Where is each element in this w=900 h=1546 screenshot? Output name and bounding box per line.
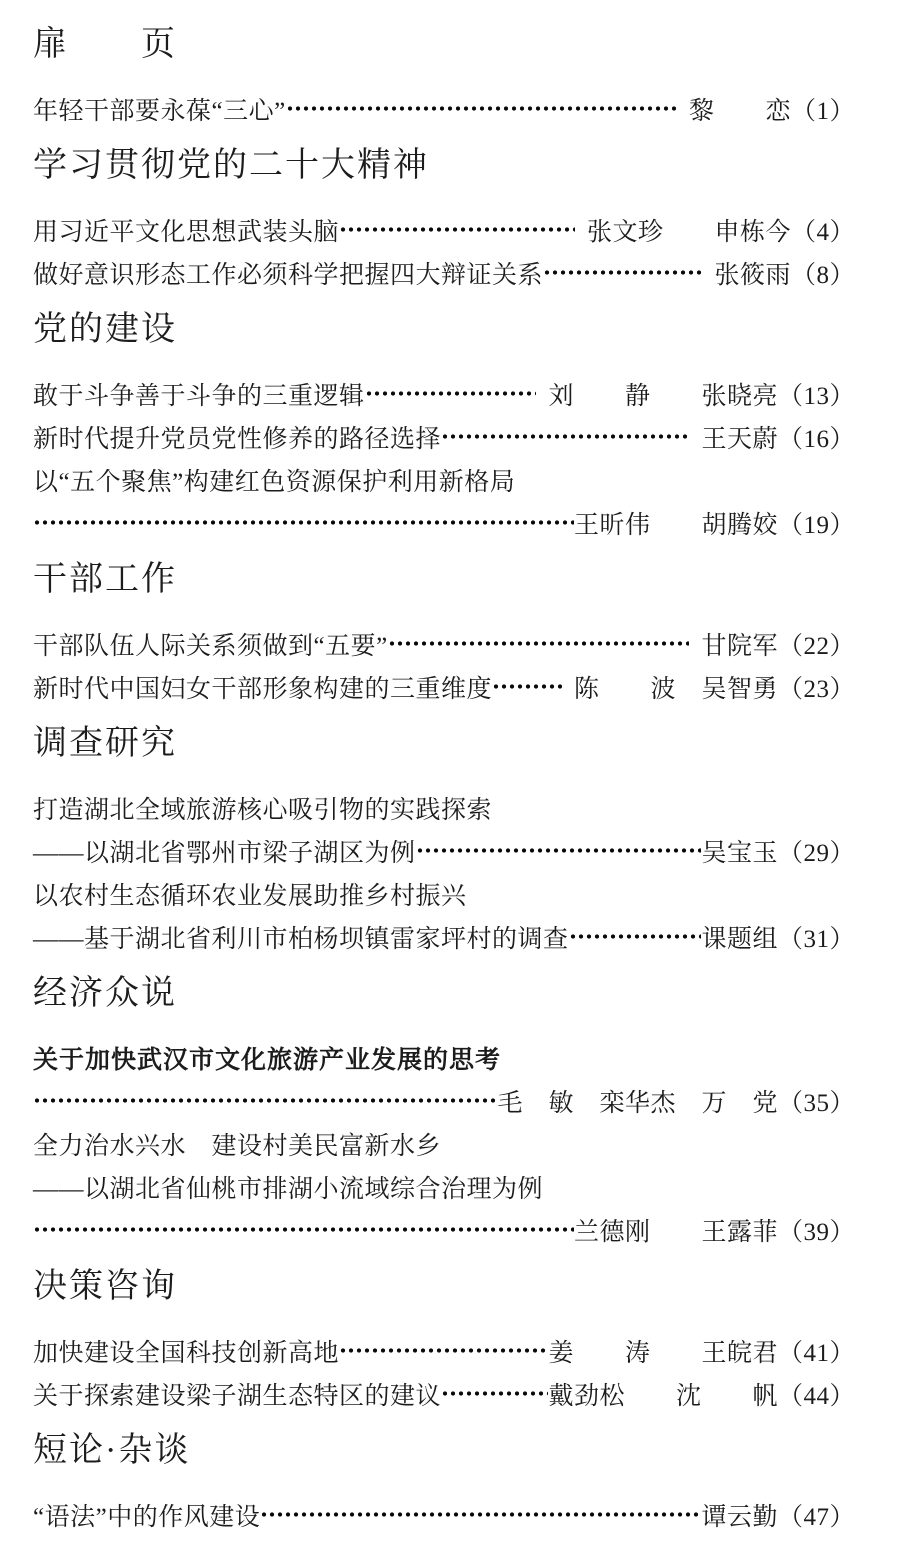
entry-page-number: （41） — [778, 1333, 855, 1369]
entry-page-number: （19） — [778, 505, 855, 541]
toc-entry: 做好意识形态工作必须科学把握四大辩证关系 张筱雨 （8） — [33, 251, 855, 294]
section-heading-title-page: 扉 页 — [33, 21, 855, 69]
toc-entry: 新时代提升党员党性修养的路径选择 王天蔚 （16） — [33, 415, 855, 458]
toc-entry: 关于探索建设梁子湖生态特区的建议 戴劲松 沈 帆 （44） — [33, 1372, 855, 1415]
toc-entry-title-wrap: 以“五个聚焦”构建红色资源保护利用新格局 — [33, 458, 855, 501]
dot-leader — [441, 1372, 548, 1415]
entry-title: ——以湖北省鄂州市梁子湖区为例 — [33, 833, 416, 869]
toc-entry: ——基于湖北省利川市柏杨坝镇雷家坪村的调查 课题组 （31） — [33, 915, 855, 958]
entry-title: 新时代提升党员党性修养的路径选择 — [33, 419, 441, 455]
entry-authors: 张筱雨 — [714, 255, 791, 291]
entry-page-number: （23） — [778, 669, 855, 705]
toc-entry: 年轻干部要永葆“三心” 黎 恋 （1） — [33, 87, 855, 130]
dot-leader — [33, 1208, 574, 1251]
entry-page-number: （47） — [778, 1497, 855, 1533]
entry-authors: 毛 敏 栾华杰 万 党 — [497, 1083, 778, 1119]
entry-page-number: （39） — [778, 1212, 855, 1248]
entry-page-number: （4） — [791, 212, 855, 248]
section-heading-decision-consulting: 决策咨询 — [33, 1263, 855, 1311]
toc-entry: 新时代中国妇女干部形象构建的三重维度 陈 波 吴智勇 （23） — [33, 665, 855, 708]
entry-authors: 姜 涛 王皖君 — [548, 1333, 778, 1369]
entry-authors: 王昕伟 胡腾姣 — [574, 505, 778, 541]
entry-page-number: （35） — [778, 1083, 855, 1119]
entry-authors: 兰德刚 王露菲 — [574, 1212, 778, 1248]
entry-title: 用习近平文化思想武装头脑 — [33, 212, 339, 248]
entry-title: ——以湖北省仙桃市排湖小流域综合治理为例 — [33, 1169, 543, 1205]
dot-leader — [33, 501, 574, 544]
dot-leader — [339, 1329, 548, 1372]
entry-title: 做好意识形态工作必须科学把握四大辩证关系 — [33, 255, 543, 291]
toc-entry-continuation: 兰德刚 王露菲 （39） — [33, 1208, 855, 1251]
dot-leader — [416, 829, 702, 872]
dot-leader — [441, 415, 689, 458]
toc-entry: 敢于斗争善于斗争的三重逻辑 刘 静 张晓亮 （13） — [33, 372, 855, 415]
toc-entry: 用习近平文化思想武装头脑 张文珍 申栋今 （4） — [33, 208, 855, 251]
dot-leader — [388, 622, 690, 665]
entry-page-number: （13） — [778, 376, 855, 412]
entry-title: ——基于湖北省利川市柏杨坝镇雷家坪村的调查 — [33, 919, 569, 955]
entry-page-number: （29） — [778, 833, 855, 869]
toc-entry: ——以湖北省鄂州市梁子湖区为例 吴宝玉 （29） — [33, 829, 855, 872]
dot-leader — [260, 1493, 701, 1536]
entry-authors: 黎 恋 — [689, 91, 791, 127]
entry-authors: 甘院军 — [701, 626, 778, 662]
entry-authors: 吴宝玉 — [701, 833, 778, 869]
entry-title: 以农村生态循环农业发展助推乡村振兴 — [33, 876, 467, 912]
entry-authors: 课题组 — [701, 919, 778, 955]
toc-entry: 干部队伍人际关系须做到“五要” 甘院军 （22） — [33, 622, 855, 665]
toc-page: 扉 页 年轻干部要永葆“三心” 黎 恋 （1） 学习贯彻党的二十大精神 用习近平… — [0, 0, 900, 1546]
entry-authors: 谭云勤 — [701, 1497, 778, 1533]
entry-title: 新时代中国妇女干部形象构建的三重维度 — [33, 669, 492, 705]
entry-authors: 刘 静 张晓亮 — [548, 376, 778, 412]
entry-title: 关于探索建设梁子湖生态特区的建议 — [33, 1376, 441, 1412]
entry-page-number: （31） — [778, 919, 855, 955]
entry-authors: 王天蔚 — [701, 419, 778, 455]
entry-title: 年轻干部要永葆“三心” — [33, 91, 286, 127]
dot-leader — [492, 665, 562, 708]
toc-entry: 加快建设全国科技创新高地 姜 涛 王皖君 （41） — [33, 1329, 855, 1372]
entry-authors: 张文珍 申栋今 — [587, 212, 791, 248]
section-heading-investigation-research: 调查研究 — [33, 720, 855, 768]
dot-leader — [543, 251, 702, 294]
section-heading-short-essays: 短论·杂谈 — [33, 1427, 855, 1475]
entry-title: 全力治水兴水 建设村美民富新水乡 — [33, 1126, 441, 1162]
entry-page-number: （44） — [778, 1376, 855, 1412]
toc-entry-title-wrap: 打造湖北全域旅游核心吸引物的实践探索 — [33, 786, 855, 829]
dot-leader — [569, 915, 702, 958]
entry-page-number: （16） — [778, 419, 855, 455]
entry-title: “语法”中的作风建设 — [33, 1497, 260, 1533]
entry-title: 敢于斗争善于斗争的三重逻辑 — [33, 376, 365, 412]
entry-title: 以“五个聚焦”构建红色资源保护利用新格局 — [33, 462, 515, 498]
dot-leader — [365, 372, 537, 415]
entry-page-number: （8） — [791, 255, 855, 291]
toc-entry-continuation: 毛 敏 栾华杰 万 党 （35） — [33, 1079, 855, 1122]
toc-entry-title-wrap: ——以湖北省仙桃市排湖小流域综合治理为例 — [33, 1165, 855, 1208]
toc-entry-continuation: 王昕伟 胡腾姣 （19） — [33, 501, 855, 544]
section-heading-party-building: 党的建设 — [33, 306, 855, 354]
dot-leader — [339, 208, 575, 251]
entry-page-number: （1） — [791, 91, 855, 127]
section-heading-20th-congress: 学习贯彻党的二十大精神 — [33, 142, 855, 190]
dot-leader — [286, 87, 677, 130]
entry-title: 打造湖北全域旅游核心吸引物的实践探索 — [33, 790, 492, 826]
section-heading-economy-voices: 经济众说 — [33, 970, 855, 1018]
toc-entry-title-wrap: 关于加快武汉市文化旅游产业发展的思考 — [33, 1036, 855, 1079]
section-heading-cadre-work: 干部工作 — [33, 556, 855, 604]
toc-entry-title-wrap: 以农村生态循环农业发展助推乡村振兴 — [33, 872, 855, 915]
entry-title: 关于加快武汉市文化旅游产业发展的思考 — [33, 1040, 501, 1076]
entry-authors: 戴劲松 沈 帆 — [548, 1376, 778, 1412]
entry-title: 干部队伍人际关系须做到“五要” — [33, 626, 388, 662]
toc-entry: “语法”中的作风建设 谭云勤 （47） — [33, 1493, 855, 1536]
entry-authors: 陈 波 吴智勇 — [574, 669, 778, 705]
entry-title: 加快建设全国科技创新高地 — [33, 1333, 339, 1369]
dot-leader — [33, 1079, 497, 1122]
entry-page-number: （22） — [778, 626, 855, 662]
toc-entry-title-wrap: 全力治水兴水 建设村美民富新水乡 — [33, 1122, 855, 1165]
